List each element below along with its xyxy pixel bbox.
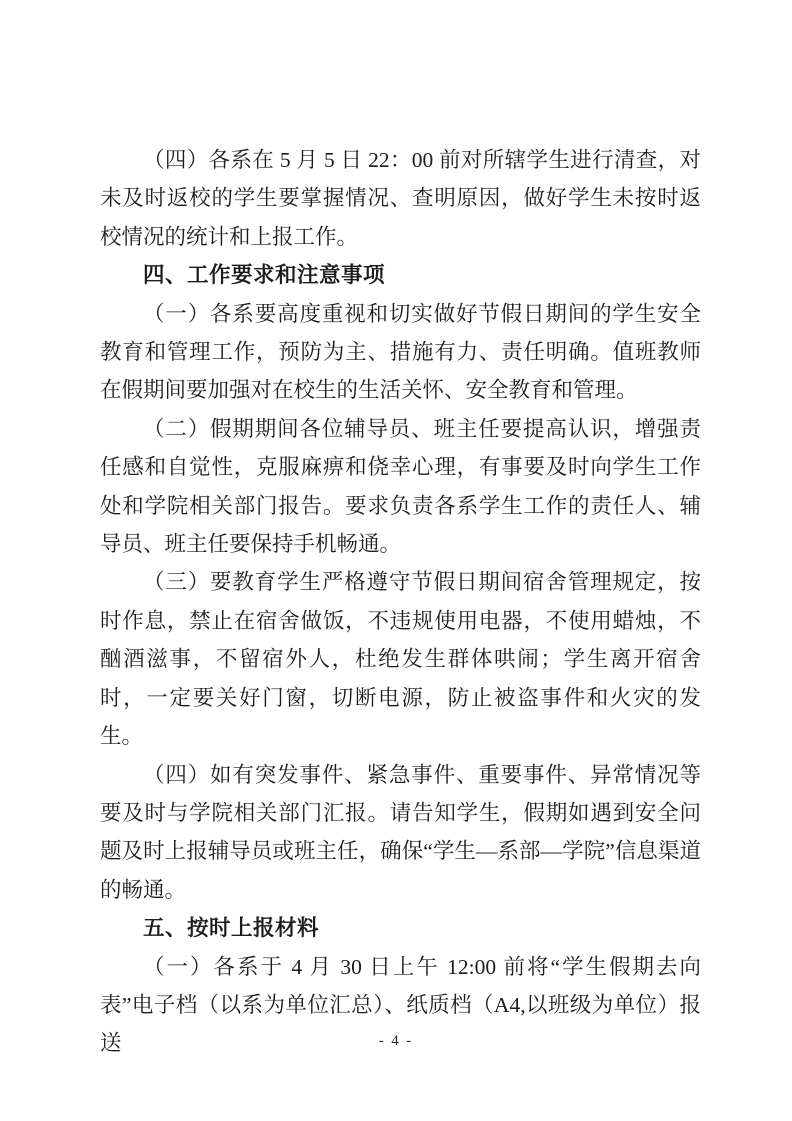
paragraph-return-check: （四）各系在 5 月 5 日 22：00 前对所辖学生进行清查，对未及时返校的学… [100, 141, 701, 256]
heading-section-5-submit-materials: 五、按时上报材料 [100, 909, 701, 947]
paragraph-safety-education: （一）各系要高度重视和切实做好节假日期间的学生安全教育和管理工作，预防为主、措施… [100, 295, 701, 410]
document-body: （四）各系在 5 月 5 日 22：00 前对所辖学生进行清查，对未及时返校的学… [100, 141, 701, 1063]
paragraph-dormitory-rules: （三）要教育学生严格遵守节假日期间宿舍管理规定，按时作息，禁止在宿舍做饭，不违规… [100, 563, 701, 755]
paragraph-emergency-reporting: （四）如有突发事件、紧急事件、重要事件、异常情况等要及时与学院相关部门汇报。请告… [100, 756, 701, 910]
document-page: （四）各系在 5 月 5 日 22：00 前对所辖学生进行清查，对未及时返校的学… [0, 0, 792, 1121]
page-number: - 4 - [0, 1033, 792, 1050]
heading-section-4-work-requirements: 四、工作要求和注意事项 [100, 256, 701, 294]
paragraph-counselor-responsibility: （二）假期期间各位辅导员、班主任要提高认识，增强责任感和自觉性，克服麻痹和侥幸心… [100, 410, 701, 564]
